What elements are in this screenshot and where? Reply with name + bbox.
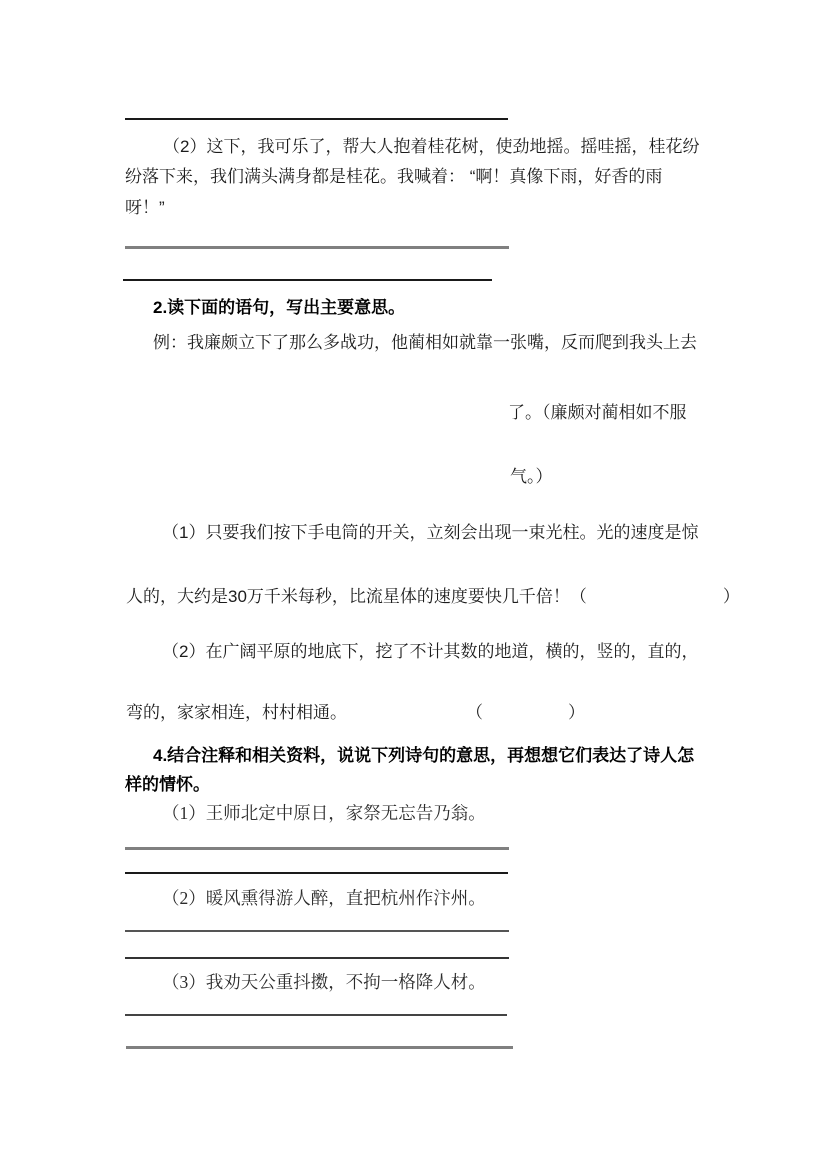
q2-heading: 2.读下面的语句，写出主要意思。	[153, 297, 405, 319]
q2-example-line-3: 气。）	[510, 466, 553, 488]
q2-item1-line-1: （1）只要我们按下手电筒的开关，立刻会出现一束光柱。光的速度是惊	[162, 522, 698, 544]
q2-item2-line-1: （2）在广阔平原的地底下，挖了不计其数的地道，横的，竖的，直的，	[162, 641, 698, 663]
q4-item-3: （3）我劝天公重抖擞，不拘一格降人材。	[162, 971, 486, 993]
guihua-paragraph-line-3: 呀！”	[125, 197, 165, 219]
answer-line-5	[125, 872, 508, 874]
q2-example-line-1: 例：我廉颇立下了那么多战功，他蔺相如就靠一张嘴，反而爬到我头上去	[153, 332, 697, 354]
q4-heading-line-2: 样的情怀。	[125, 774, 210, 796]
worksheet-page: （2）这下，我可乐了，帮大人抱着桂花树，使劲地摇。摇哇摇，桂花纷纷落下来，我们满…	[0, 0, 826, 1169]
q4-item-2: （2）暖风熏得游人醉，直把杭州作汴州。	[162, 887, 486, 909]
q2-item2-line-2: 弯的，家家相连，村村相通。 （ ）	[126, 702, 585, 724]
answer-line-3	[123, 279, 492, 281]
answer-line-9	[126, 1046, 513, 1049]
answer-line-4	[125, 847, 509, 850]
answer-line-1	[125, 118, 508, 120]
q4-item-1: （1）王师北定中原日，家祭无忘告乃翁。	[162, 802, 486, 824]
q2-example-line-2: 了。（廉颇对蔺相如不服	[508, 402, 687, 424]
answer-line-8	[125, 1014, 507, 1016]
guihua-paragraph-line-1: （2）这下，我可乐了，帮大人抱着桂花树，使劲地摇。摇哇摇，桂花纷	[163, 136, 699, 158]
q4-heading-line-1: 4.结合注释和相关资料，说说下列诗句的意思，再想想它们表达了诗人怎	[153, 745, 694, 767]
q2-item1-line-2: 人的，大约是30万千米每秒，比流星体的速度要快几千倍！（ ）	[126, 586, 740, 608]
answer-line-6	[125, 930, 509, 932]
guihua-paragraph-line-2: 纷落下来，我们满头满身都是桂花。我喊着： “啊！真像下雨，好香的雨	[125, 166, 662, 188]
answer-line-7	[125, 957, 509, 959]
answer-line-2	[125, 246, 509, 249]
